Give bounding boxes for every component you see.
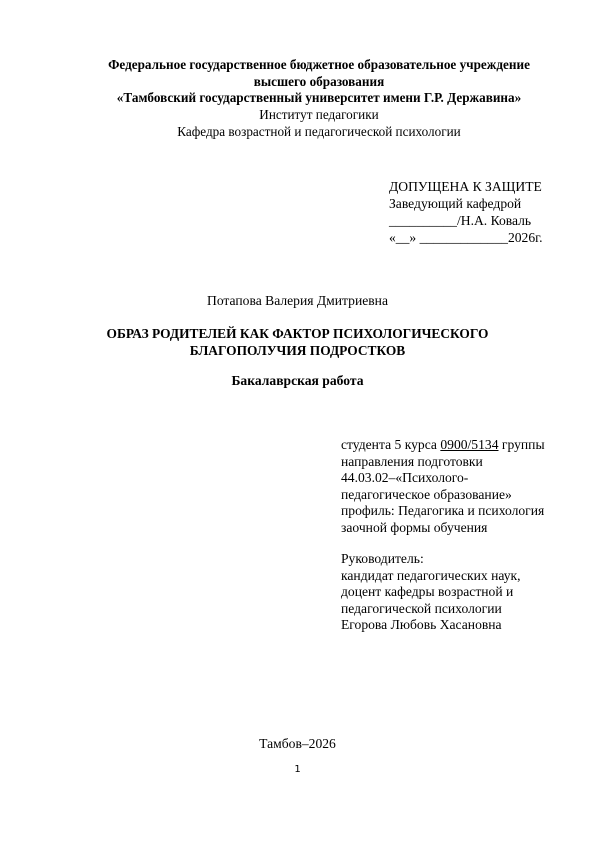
author-name: Потапова Валерия Дмитриевна <box>0 292 595 309</box>
student-info-block: студента 5 курса 0900/5134 группы направ… <box>341 437 545 537</box>
thesis-title-line-1: ОБРАЗ РОДИТЕЛЕЙ КАК ФАКТОР ПСИХОЛОГИЧЕСК… <box>0 326 595 343</box>
student-group-number: 0900/5134 <box>440 437 498 452</box>
approval-block: ДОПУЩЕНА К ЗАЩИТЕ Заведующий кафедрой __… <box>389 178 543 246</box>
student-direction-name: педагогическое образование» <box>341 487 545 504</box>
approval-status: ДОПУЩЕНА К ЗАЩИТЕ <box>389 178 543 195</box>
header-line-education-level: высшего образования <box>60 74 578 91</box>
thesis-title: ОБРАЗ РОДИТЕЛЕЙ КАК ФАКТОР ПСИХОЛОГИЧЕСК… <box>0 326 595 359</box>
supervisor-position: доцент кафедры возрастной и <box>341 584 521 601</box>
work-type: Бакалаврская работа <box>0 372 595 389</box>
student-profile: профиль: Педагогика и психология <box>341 503 545 520</box>
approval-signature-line: __________/Н.А. Коваль <box>389 212 543 229</box>
thesis-title-line-2: БЛАГОПОЛУЧИЯ ПОДРОСТКОВ <box>0 343 595 360</box>
student-course-group: студента 5 курса 0900/5134 группы <box>341 437 545 454</box>
student-direction-code: 44.03.02–«Психолого- <box>341 470 545 487</box>
student-study-form: заочной формы обучения <box>341 520 545 537</box>
approval-role: Заведующий кафедрой <box>389 195 543 212</box>
supervisor-degree: кандидат педагогических наук, <box>341 568 521 585</box>
city-year: Тамбов–2026 <box>0 735 595 752</box>
document-page: Федеральное государственное бюджетное об… <box>0 0 595 841</box>
supervisor-label: Руководитель: <box>341 551 521 568</box>
supervisor-name: Егорова Любовь Хасановна <box>341 617 521 634</box>
supervisor-department: педагогической психологии <box>341 601 521 618</box>
header-line-institute: Институт педагогики <box>60 107 578 124</box>
approval-date-line: «__» _____________2026г. <box>389 229 543 246</box>
student-course: студента 5 курса <box>341 437 440 452</box>
header-line-university-name: «Тамбовский государственный университет … <box>60 90 578 107</box>
student-group-suffix: группы <box>499 437 545 452</box>
supervisor-block: Руководитель: кандидат педагогических на… <box>341 551 521 634</box>
page-number: 1 <box>0 764 595 776</box>
header-line-department: Кафедра возрастной и педагогической псих… <box>60 124 578 141</box>
student-direction-label: направления подготовки <box>341 454 545 471</box>
institution-header: Федеральное государственное бюджетное об… <box>60 57 578 141</box>
header-line-institution-type: Федеральное государственное бюджетное об… <box>60 57 578 74</box>
